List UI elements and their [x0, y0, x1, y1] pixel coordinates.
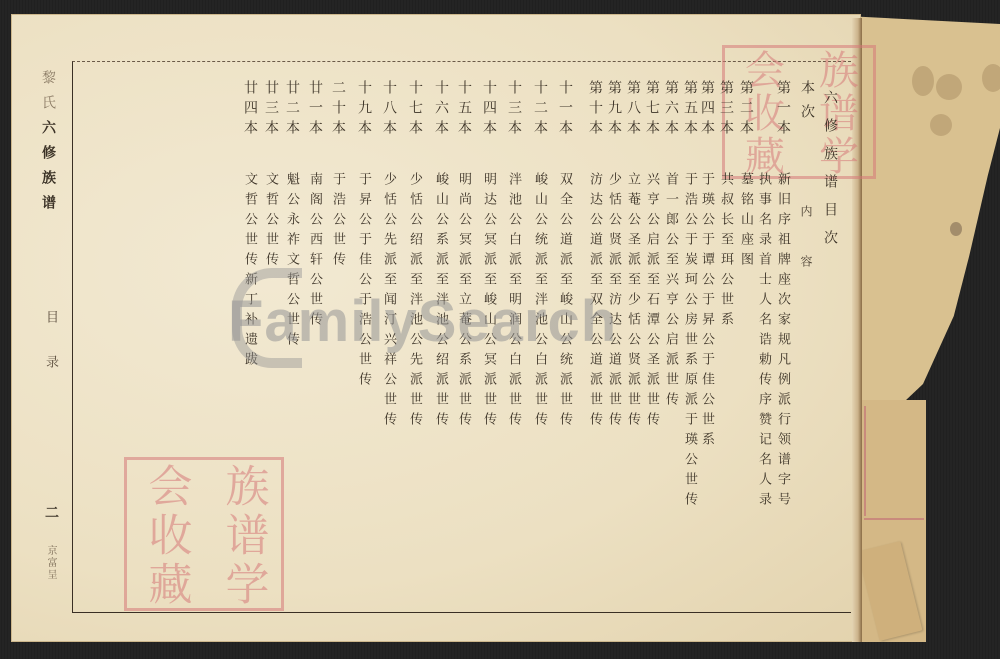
toc-volume: 第十本: [588, 80, 602, 140]
book-title: 六修族谱目次: [823, 90, 837, 258]
toc-volume: 廿三本: [264, 80, 278, 140]
toc-volume: 廿二本: [285, 80, 299, 140]
toc-content: 首一郎公至兴亨公启派世传: [664, 172, 677, 412]
watermark: FamilySearch: [228, 288, 617, 355]
column-label: 本次: [800, 80, 814, 128]
toc-volume: 十八本: [382, 80, 396, 140]
toc-content: 于瑛公于谭公于昇公于佳公世系: [700, 172, 713, 452]
toc-volume: 十九本: [357, 80, 371, 140]
margin-code: 京富呈: [45, 545, 55, 581]
toc-volume: 第七本: [645, 80, 659, 140]
toc-volume: 第四本: [700, 80, 714, 140]
toc-volume: 十一本: [558, 80, 572, 140]
toc-volume: 廿一本: [308, 80, 322, 140]
border-line: [864, 518, 924, 520]
toc-content: 立菴公圣派至少恬公贤派世传: [626, 172, 639, 432]
seal-char: 族: [204, 460, 281, 509]
toc-volume: 廿四本: [243, 80, 257, 140]
toc-volume: 二十本: [331, 80, 345, 140]
margin-page-number: 二: [44, 505, 58, 522]
toc-volume: 十四本: [482, 80, 496, 140]
stain: [930, 114, 952, 136]
toc-content: 兴亨公启派至石潭公圣派世传: [645, 172, 658, 432]
seal-char: 收: [127, 509, 204, 558]
seal-char: 藏: [127, 559, 204, 608]
border-line: [864, 406, 866, 516]
toc-content: 于昇公于佳公于浩公世传: [357, 172, 370, 392]
toc-volume: 十二本: [533, 80, 547, 140]
stain: [950, 222, 962, 236]
seal-char: 学: [204, 559, 281, 608]
margin-title: 黎氏六修族谱: [41, 70, 55, 220]
seal-char: 谱: [204, 509, 281, 558]
content-label: 内容: [800, 205, 812, 305]
seal-char: 会: [127, 460, 204, 509]
toc-volume: 第二本: [739, 80, 753, 140]
toc-content: 文哲公世传: [264, 172, 277, 272]
stain: [912, 66, 934, 96]
toc-volume: 第五本: [683, 80, 697, 140]
margin-section: 目录: [44, 310, 57, 400]
margin-surname: 黎氏: [40, 70, 56, 120]
toc-content: 新旧序祖牌座次家规凡例派行领谱字号: [776, 172, 789, 512]
seal-stamp-bottom: 族 谱 学 会 收 藏: [124, 457, 284, 611]
toc-volume: 十六本: [434, 80, 448, 140]
toc-volume: 第八本: [626, 80, 640, 140]
toc-content: 墓铭山座图: [739, 172, 752, 272]
toc-volume: 第三本: [719, 80, 733, 140]
toc-content: 于浩公于炭珂公房世系原派于瑛公世传: [683, 172, 696, 512]
toc-volume: 第九本: [607, 80, 621, 140]
stain: [936, 74, 962, 100]
toc-volume: 第一本: [776, 80, 790, 140]
toc-volume: 第六本: [664, 80, 678, 140]
margin-book-title: 六修族谱: [40, 120, 56, 220]
toc-volume: 十三本: [507, 80, 521, 140]
toc-content: 共叔长至珥公世系: [719, 172, 732, 332]
toc-volume: 十五本: [457, 80, 471, 140]
toc-content: 于浩公世传: [331, 172, 344, 272]
toc-content: 执事名录首士人名诰勅传序赞记名人录: [757, 172, 770, 512]
toc-volume: 十七本: [408, 80, 422, 140]
stain: [982, 64, 1000, 92]
